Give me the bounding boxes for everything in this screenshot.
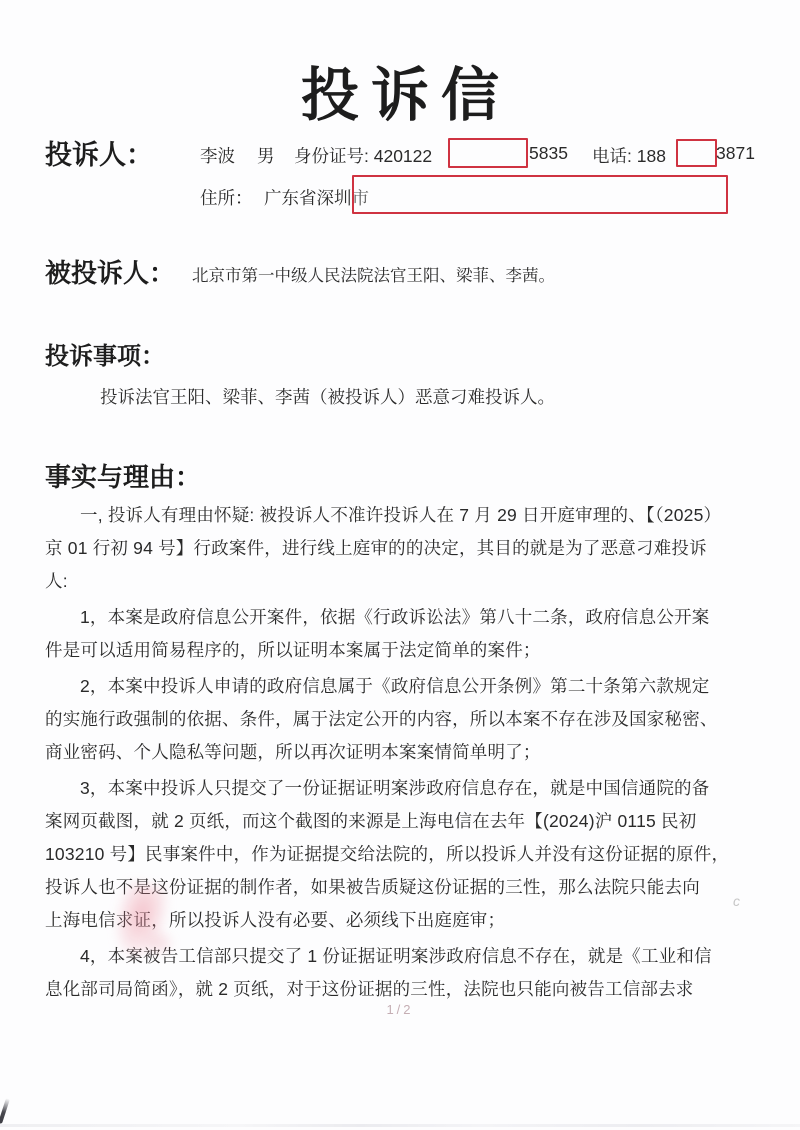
facts-line: 京 01 行初 94 号】行政案件，进行线上庭审的的决定，其目的就是为了恶意刁难… [45, 532, 761, 565]
redaction-box-phone-number [676, 139, 717, 167]
respondent-label: 被投诉人： [45, 253, 175, 290]
facts-line: 103210 号】民事案件中，作为证据提交给法院的，所以投诉人并没有这份证据的原… [45, 838, 761, 871]
facts-line: 3，本案中投诉人只提交了一份证据证明案涉政府信息存在，就是中国信通院的备 [45, 772, 761, 805]
red-stamp-bleed-smudge-small [142, 928, 176, 958]
facts-line: 的实施行政强制的依据、条件，属于法定公开的内容，所以本案不存在涉及国家秘密、 [45, 703, 761, 736]
page-number: 1/2 [0, 1002, 800, 1017]
complainant-id-label: 身份证号: 420122 [294, 143, 432, 168]
respondent-value: 北京市第一中级人民法院法官王阳、梁菲、李茜。 [192, 262, 555, 286]
facts-line: 件是可以适用简易程序的，所以证明本案属于法定简单的案件； [45, 634, 761, 667]
scanned-complaint-letter-page: 投诉信 投诉人： 李波 男 身份证号: 420122 5835 电话: 188 … [0, 0, 800, 1130]
redaction-box-id-number [448, 138, 528, 168]
complainant-id-suffix: 5835 [529, 143, 568, 164]
scan-edge-line [0, 1124, 800, 1127]
facts-line: 商业密码、个人隐私等问题，所以再次证明本案案情简单明了； [45, 736, 761, 769]
stray-pen-mark: c [733, 893, 740, 909]
facts-paragraph-2: 2，本案中投诉人申请的政府信息属于《政府信息公开条例》第二十条第六款规定 的实施… [45, 670, 761, 769]
facts-line: 一, 投诉人有理由怀疑: 被投诉人不准许投诉人在 7 月 29 日开庭审理的、【… [45, 499, 761, 532]
facts-line: 1，本案是政府信息公开案件，依据《行政诉讼法》第八十二条，政府信息公开案 [45, 601, 761, 634]
facts-line: 2，本案中投诉人申请的政府信息属于《政府信息公开条例》第二十条第六款规定 [45, 670, 761, 703]
ink-mark-bottom-left [0, 1098, 10, 1124]
complainant-gender: 男 [257, 143, 275, 168]
document-title: 投诉信 [0, 48, 800, 132]
complaint-item-label: 投诉事项： [45, 336, 165, 371]
facts-line: 人: [45, 565, 761, 598]
address-label: 住所： [200, 185, 253, 210]
complainant-name: 李波 [200, 143, 235, 168]
facts-paragraph-1: 1，本案是政府信息公开案件，依据《行政诉讼法》第八十二条，政府信息公开案 件是可… [45, 601, 761, 667]
facts-paragraph-intro: 一, 投诉人有理由怀疑: 被投诉人不准许投诉人在 7 月 29 日开庭审理的、【… [45, 499, 761, 598]
complaint-item-value: 投诉法官王阳、梁菲、李茜（被投诉人）恶意刁难投诉人。 [100, 384, 555, 409]
complainant-label: 投诉人： [45, 133, 153, 172]
redaction-box-address [352, 175, 728, 214]
facts-label: 事实与理由： [45, 457, 201, 494]
facts-line: 案网页截图，就 2 页纸，而这个截图的来源是上海电信在去年【(2024)沪 01… [45, 805, 761, 838]
complainant-phone-label: 电话: 188 [592, 143, 666, 168]
complainant-phone-suffix: 3871 [716, 143, 755, 164]
